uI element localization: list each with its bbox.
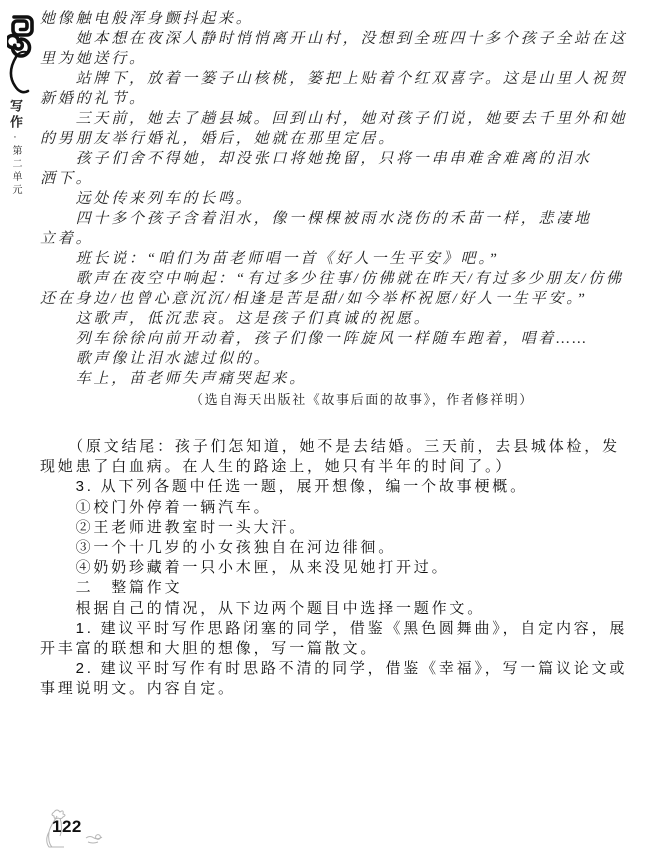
text-line: 现她患了白血病。在人生的路途上，她只有半年的时间了。） <box>40 457 618 477</box>
page-content: 她像触电般浑身颤抖起来。 她本想在夜深人静时悄悄离开山村，没想到全班四十多个孩子… <box>40 9 618 700</box>
text-line: 班长说：“咱们为苗老师唱一首《好人一生平安》吧。” <box>40 249 618 269</box>
text-line: ④奶奶珍藏着一只小木匣，从来没见她打开过。 <box>40 558 618 578</box>
text-line: 3. 从下列各题中任选一题，展开想像，编一个故事梗概。 <box>40 477 618 497</box>
text-line: 远处传来列车的长鸣。 <box>40 189 618 209</box>
chapter-title-main: 写作 <box>8 99 23 131</box>
text-line: 歌声像让泪水滤过似的。 <box>40 349 618 369</box>
text-line: ③一个十几岁的小女孩独自在河边徘徊。 <box>40 538 618 558</box>
text-line: 三天前，她去了趟县城。回到山村，她对孩子们说，她要去千里外和她 <box>40 109 618 129</box>
text-line: 的男朋友举行婚礼，婚后，她就在那里定居。 <box>40 129 618 149</box>
chapter-title-sub: 第二单元 <box>10 145 21 197</box>
text-line: 这歌声，低沉悲哀。这是孩子们真诚的祝愿。 <box>40 309 618 329</box>
text-line: 歌声在夜空中响起：“有过多少往事/仿佛就在昨天/有过多少朋友/仿佛 <box>40 269 618 289</box>
text-line: 里为她送行。 <box>40 49 618 69</box>
calligraphic-flourish-icon <box>7 14 35 101</box>
text-line: 2. 建议平时写作有时思路不清的同学，借鉴《幸福》，写一篇议论文或 <box>40 659 618 679</box>
text-line: 列车徐徐向前开动着，孩子们像一阵旋风一样随车跑着，唱着…… <box>40 329 618 349</box>
text-line: 车上，苗老师失声痛哭起来。 <box>40 369 618 389</box>
story-excerpt: 她像触电般浑身颤抖起来。 她本想在夜深人静时悄悄离开山村，没想到全班四十多个孩子… <box>40 9 618 389</box>
text-line: 事理说明文。内容自定。 <box>40 679 618 699</box>
text-line: 根据自己的情况，从下边两个题目中选择一题作文。 <box>40 599 618 619</box>
chapter-title-separator: · <box>9 131 21 145</box>
book-page: 写作·第二单元 她像触电般浑身颤抖起来。 她本想在夜深人静时悄悄离开山村，没想到… <box>0 0 650 852</box>
story-citation: （选自海天出版社《故事后面的故事》，作者修祥明） <box>40 391 618 408</box>
text-line: 开丰富的联想和大胆的想像，写一篇散文。 <box>40 639 618 659</box>
text-line: 她本想在夜深人静时悄悄离开山村，没想到全班四十多个孩子全站在这 <box>40 29 618 49</box>
text-line: 新婚的礼节。 <box>40 89 618 109</box>
text-line: 她像触电般浑身颤抖起来。 <box>40 9 618 29</box>
text-line: 洒下。 <box>40 169 618 189</box>
page-footer: 122 <box>34 804 124 850</box>
text-line: 孩子们舍不得她，却没张口将她挽留，只将一串串难舍难离的泪水 <box>40 149 618 169</box>
text-line: 二 整篇作文 <box>40 578 618 598</box>
exercise-section: （原文结尾：孩子们怎知道，她不是去结婚。三天前，去县城体检，发现她患了白血病。在… <box>40 437 618 700</box>
text-line: 四十多个孩子含着泪水，像一棵棵被雨水浇伤的禾苗一样，悲凄地 <box>40 209 618 229</box>
chapter-title-vertical: 写作·第二单元 <box>6 99 24 197</box>
text-line: 立着。 <box>40 229 618 249</box>
text-line: 还在身边/也曾心意沉沉/相逢是苦是甜/如今举杯祝愿/好人一生平安。” <box>40 289 618 309</box>
page-number: 122 <box>52 817 82 837</box>
text-line: （原文结尾：孩子们怎知道，她不是去结婚。三天前，去县城体检，发 <box>40 437 618 457</box>
text-line: ②王老师进教室时一头大汗。 <box>40 518 618 538</box>
text-line: 站牌下，放着一篓子山核桃，篓把上贴着个红双喜字。这是山里人祝贺 <box>40 69 618 89</box>
text-line: ①校门外停着一辆汽车。 <box>40 498 618 518</box>
text-line: 1. 建议平时写作思路闭塞的同学，借鉴《黑色圆舞曲》，自定内容，展 <box>40 619 618 639</box>
